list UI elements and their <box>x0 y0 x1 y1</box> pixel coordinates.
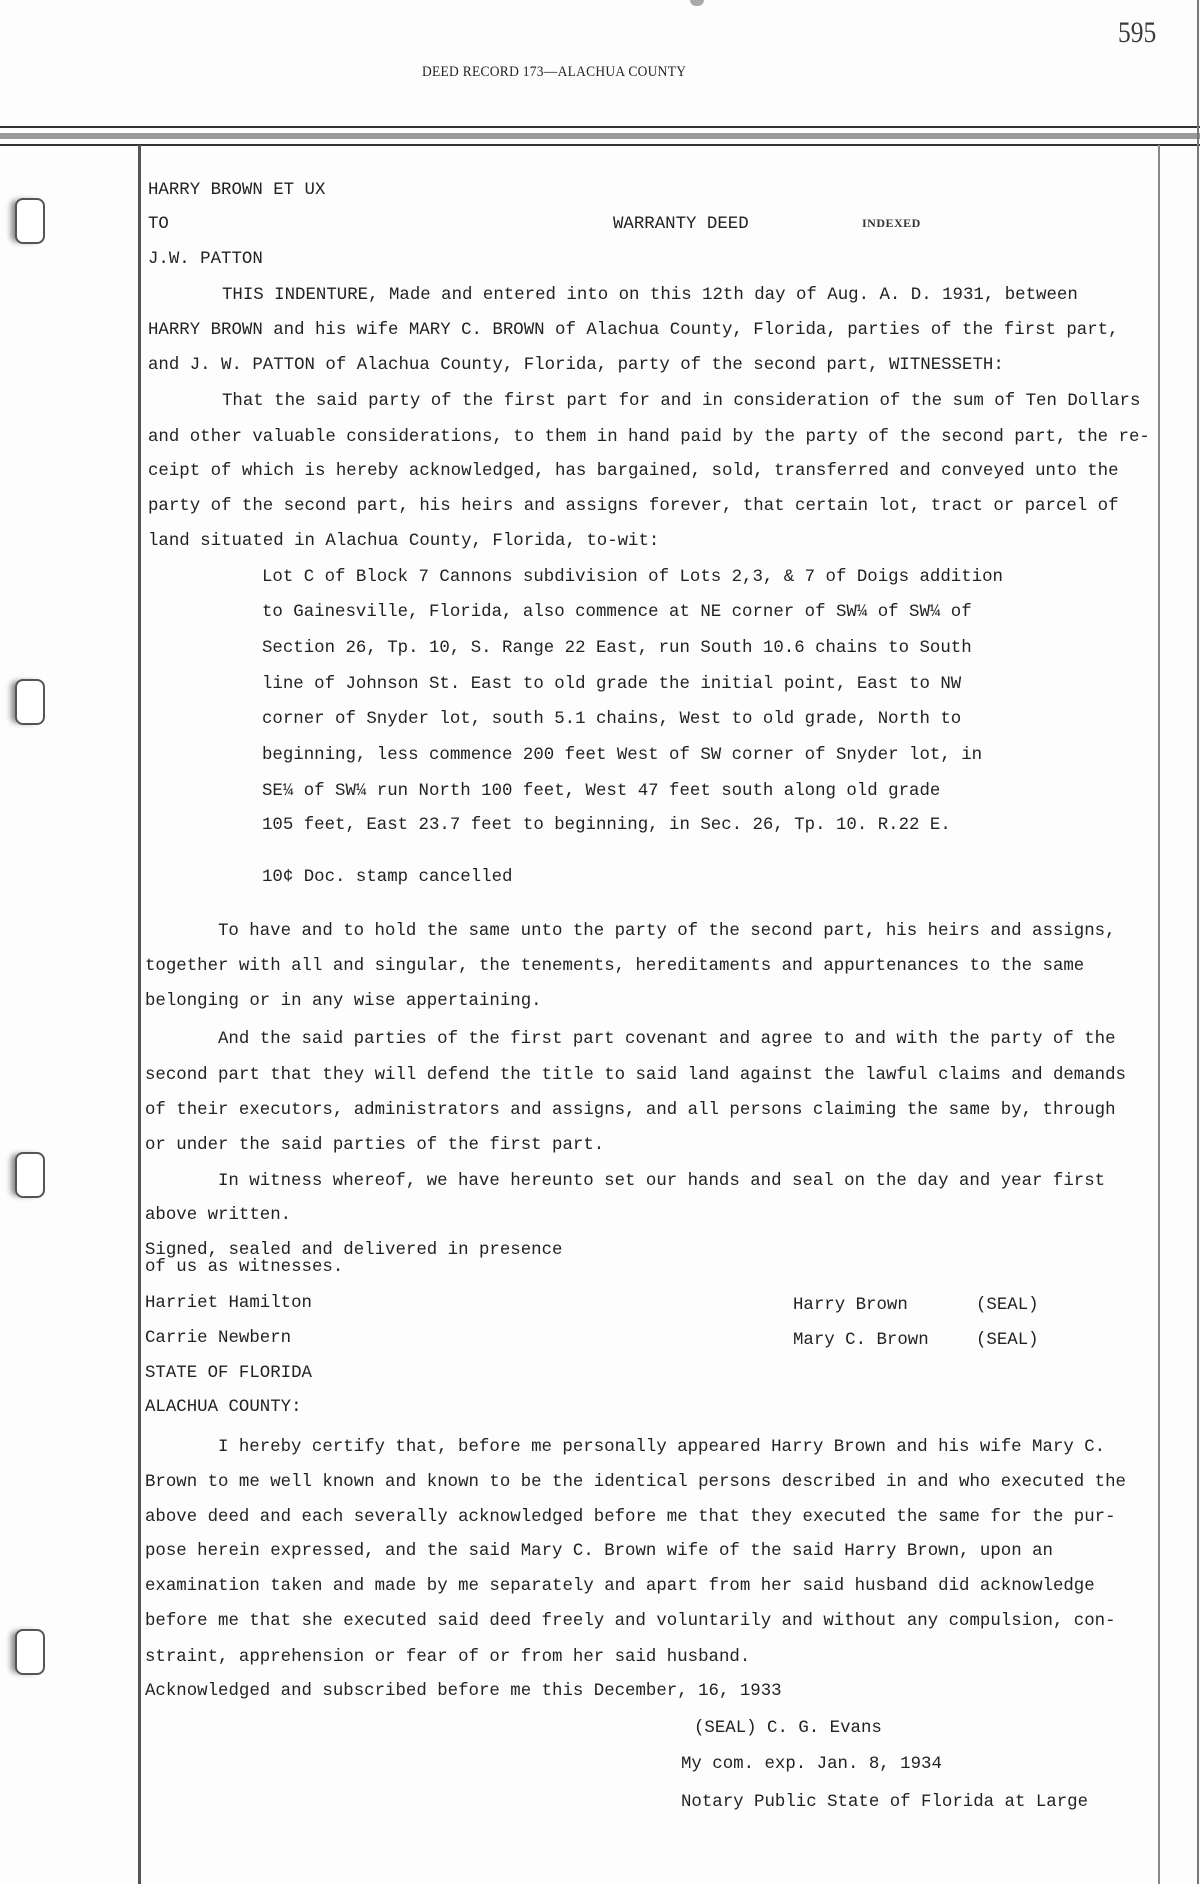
habendum-line: belonging or in any wise appertaining. <box>145 993 542 1010</box>
left-margin-line <box>138 145 141 1884</box>
habendum-line: To have and to hold the same unto the pa… <box>218 923 1116 940</box>
legal-description-line: SE¼ of SW¼ run North 100 feet, West 47 f… <box>262 783 940 800</box>
attestation-line: Signed, sealed and delivered in presence <box>145 1242 562 1259</box>
instrument-type: WARRANTY DEED <box>613 216 749 233</box>
grantor-name: HARRY BROWN ET UX <box>148 182 325 199</box>
page-edge-line <box>1197 0 1199 1884</box>
signatory-seal: (SEAL) <box>976 1332 1039 1349</box>
witness-name: Harriet Hamilton <box>145 1295 312 1312</box>
signatory-name: Harry Brown <box>793 1297 908 1314</box>
indenture-line: That the said party of the first part fo… <box>222 393 1140 410</box>
legal-description-line: 105 feet, East 23.7 feet to beginning, i… <box>262 817 951 834</box>
running-head: DEED RECORD 173—ALACHUA COUNTY <box>422 64 686 81</box>
binder-hole-icon <box>15 1629 45 1675</box>
indenture-line: ceipt of which is hereby acknowledged, h… <box>148 463 1119 480</box>
witness-name: Carrie Newbern <box>145 1330 291 1347</box>
legal-description-line: Section 26, Tp. 10, S. Range 22 East, ru… <box>262 640 972 657</box>
header-rule-thick <box>0 133 1200 139</box>
indenture-line: party of the second part, his heirs and … <box>148 498 1119 515</box>
binder-hole-icon <box>15 679 45 725</box>
caption-to: TO <box>148 216 169 233</box>
covenant-line: second part that they will defend the ti… <box>145 1067 1126 1084</box>
covenant-line: or under the said parties of the first p… <box>145 1137 604 1154</box>
indenture-line: and J. W. PATTON of Alachua County, Flor… <box>148 357 1004 374</box>
signatory-name: Mary C. Brown <box>793 1332 929 1349</box>
certificate-line: Brown to me well known and known to be t… <box>145 1474 1126 1491</box>
covenant-line: And the said parties of the first part c… <box>218 1031 1116 1048</box>
certificate-line: examination taken and made by me separat… <box>145 1578 1095 1595</box>
deed-record-page: 595 DEED RECORD 173—ALACHUA COUNTY HARRY… <box>0 0 1200 1884</box>
notary-commission: My com. exp. Jan. 8, 1934 <box>681 1756 942 1773</box>
indenture-line: HARRY BROWN and his wife MARY C. BROWN o… <box>148 322 1119 339</box>
legal-description-line: beginning, less commence 200 feet West o… <box>262 747 982 764</box>
indenture-line: THIS INDENTURE, Made and entered into on… <box>222 287 1078 304</box>
covenant-line: of their executors, administrators and a… <box>145 1102 1116 1119</box>
header-rule-top <box>0 126 1200 128</box>
certificate-line: before me that she executed said deed fr… <box>145 1613 1116 1630</box>
notary-signature: (SEAL) C. G. Evans <box>694 1720 882 1737</box>
certificate-line: above deed and each severally acknowledg… <box>145 1509 1116 1526</box>
legal-description-line: line of Johnson St. East to old grade th… <box>262 676 961 693</box>
legal-description-line: Lot C of Block 7 Cannons subdivision of … <box>262 569 1003 586</box>
grantee-name: J.W. PATTON <box>148 251 263 268</box>
testimonium-line: above written. <box>145 1207 291 1224</box>
notary-title: Notary Public State of Florida at Large <box>681 1794 1088 1811</box>
page-number: 595 <box>1118 16 1156 50</box>
testimonium-line: In witness whereof, we have hereunto set… <box>218 1173 1105 1190</box>
header-rule-bottom <box>0 144 1200 146</box>
binder-hole-icon <box>15 1152 45 1198</box>
certificate-line: straint, apprehension or fear of or from… <box>145 1649 750 1666</box>
right-margin-line <box>1158 145 1160 1884</box>
binding-mark <box>690 0 704 6</box>
certificate-line: pose herein expressed, and the said Mary… <box>145 1543 1053 1560</box>
binder-hole-icon <box>15 198 45 244</box>
venue-state: STATE OF FLORIDA <box>145 1365 312 1382</box>
legal-description-line: corner of Snyder lot, south 5.1 chains, … <box>262 711 961 728</box>
acknowledgment-line: Acknowledged and subscribed before me th… <box>145 1683 782 1700</box>
indenture-line: land situated in Alachua County, Florida… <box>148 533 659 550</box>
signatory-seal: (SEAL) <box>976 1297 1039 1314</box>
doc-stamp-note: 10¢ Doc. stamp cancelled <box>262 869 512 886</box>
legal-description-line: to Gainesville, Florida, also commence a… <box>262 604 972 621</box>
indenture-line: and other valuable considerations, to th… <box>148 429 1150 446</box>
venue-county: ALACHUA COUNTY: <box>145 1399 302 1416</box>
certificate-line: I hereby certify that, before me persona… <box>218 1439 1105 1456</box>
attestation-line: of us as witnesses. <box>145 1259 343 1276</box>
habendum-line: together with all and singular, the tene… <box>145 958 1084 975</box>
indexed-stamp: INDEXED <box>862 216 921 231</box>
